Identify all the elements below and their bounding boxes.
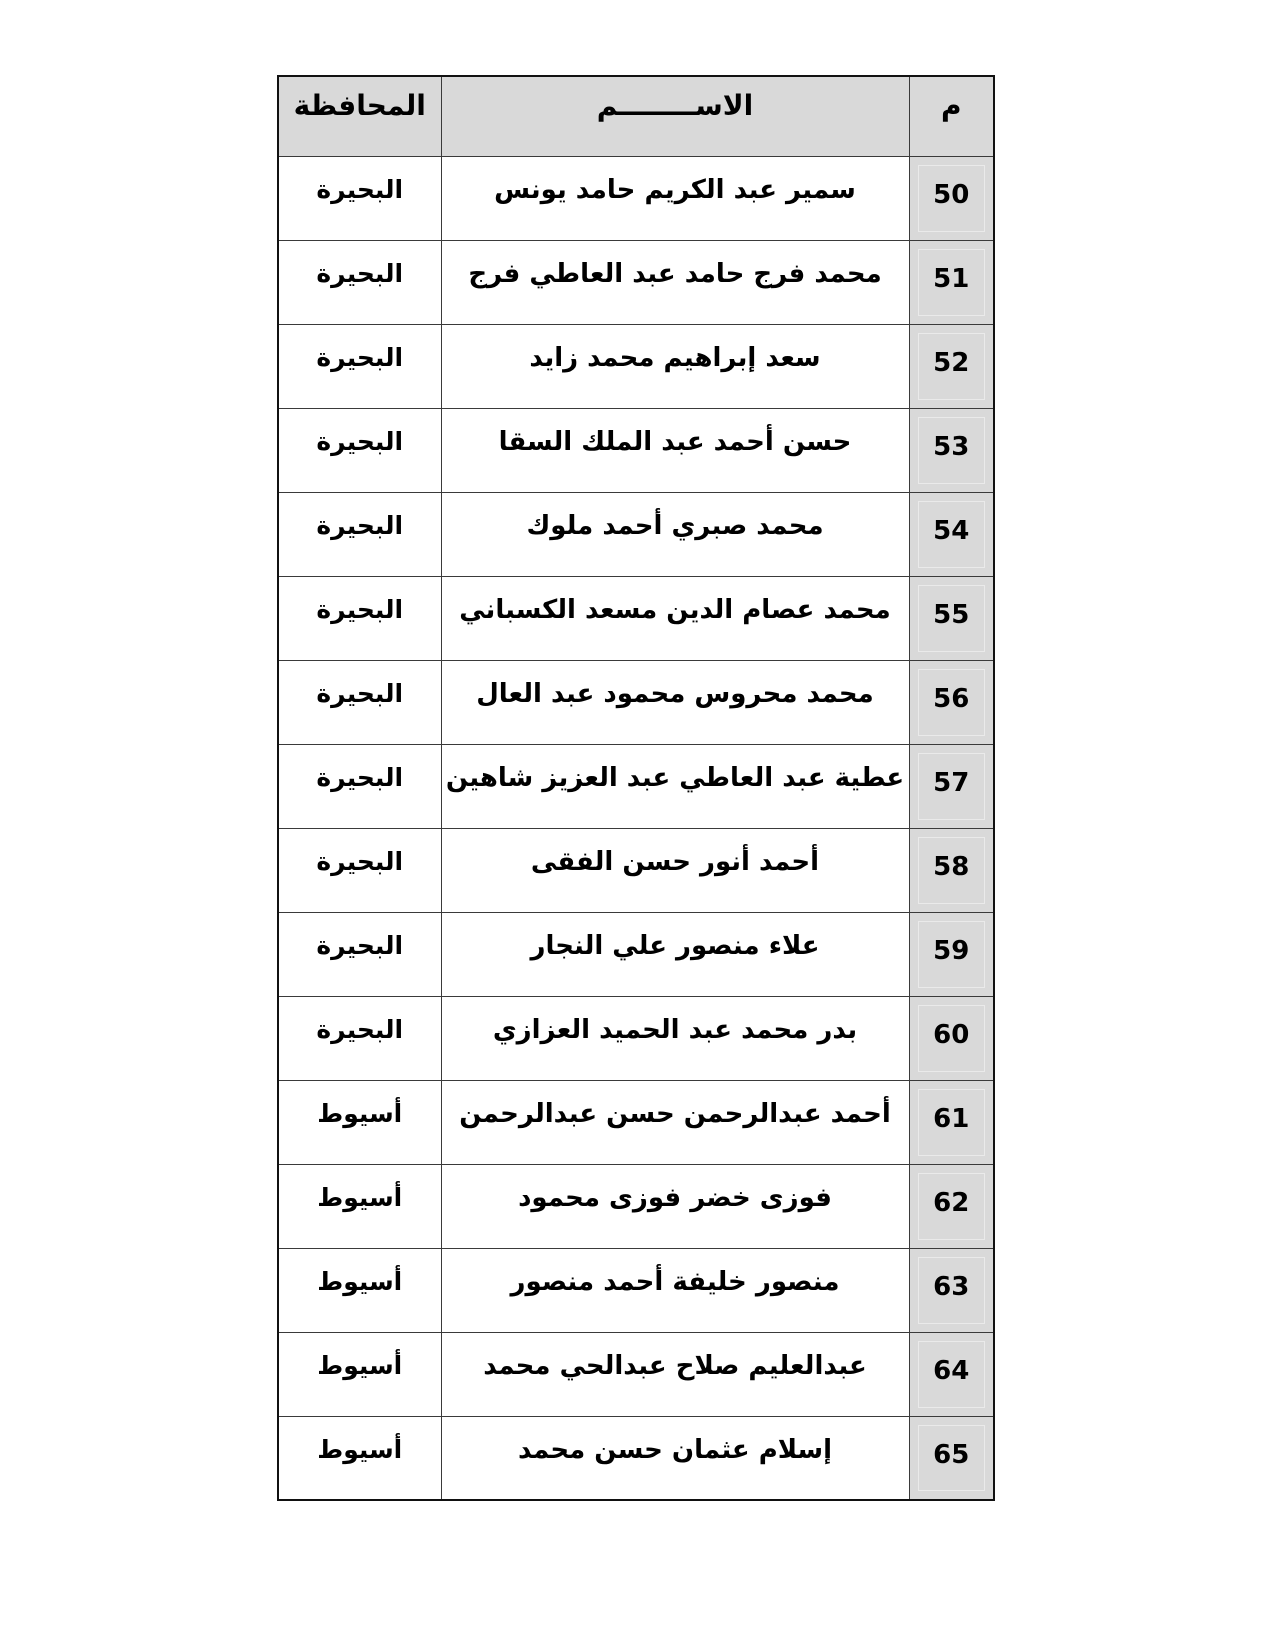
row-name-cell: محمد صبري أحمد ملوك: [441, 492, 909, 576]
row-governorate-cell: البحيرة: [278, 744, 441, 828]
row-governorate-cell: البحيرة: [278, 408, 441, 492]
row-governorate-cell: البحيرة: [278, 828, 441, 912]
header-cell-number: م: [909, 76, 994, 156]
row-name-cell: محمد فرج حامد عبد العاطي فرج: [441, 240, 909, 324]
row-name-cell: إسلام عثمان حسن محمد: [441, 1416, 909, 1500]
row-governorate-cell: البحيرة: [278, 492, 441, 576]
table-row: 61 أحمد عبدالرحمن حسن عبدالرحمن أسيوط: [278, 1080, 994, 1164]
table-row: 50 سمير عبد الكريم حامد يونس البحيرة: [278, 156, 994, 240]
row-number-cell: 51: [909, 240, 994, 324]
row-number-cell: 64: [909, 1332, 994, 1416]
table-row: 65 إسلام عثمان حسن محمد أسيوط: [278, 1416, 994, 1500]
table-row: 51 محمد فرج حامد عبد العاطي فرج البحيرة: [278, 240, 994, 324]
row-name-cell: منصور خليفة أحمد منصور: [441, 1248, 909, 1332]
row-governorate-cell: البحيرة: [278, 912, 441, 996]
roster-table: م الاســــــــم المحافظة 50 سمير عبد الك…: [277, 75, 995, 1501]
row-name-cell: سعد إبراهيم محمد زايد: [441, 324, 909, 408]
row-name-cell: عطية عبد العاطي عبد العزيز شاهين: [441, 744, 909, 828]
row-governorate-cell: البحيرة: [278, 996, 441, 1080]
header-cell-governorate: المحافظة: [278, 76, 441, 156]
table-row: 59 علاء منصور علي النجار البحيرة: [278, 912, 994, 996]
row-name-cell: محمد محروس محمود عبد العال: [441, 660, 909, 744]
row-number-cell: 52: [909, 324, 994, 408]
row-name-cell: سمير عبد الكريم حامد يونس: [441, 156, 909, 240]
row-number-cell: 57: [909, 744, 994, 828]
row-number-cell: 53: [909, 408, 994, 492]
row-governorate-cell: أسيوط: [278, 1248, 441, 1332]
row-number-cell: 50: [909, 156, 994, 240]
row-number-cell: 58: [909, 828, 994, 912]
row-name-cell: علاء منصور علي النجار: [441, 912, 909, 996]
row-governorate-cell: أسيوط: [278, 1332, 441, 1416]
row-number-cell: 63: [909, 1248, 994, 1332]
table-row: 63 منصور خليفة أحمد منصور أسيوط: [278, 1248, 994, 1332]
row-name-cell: محمد عصام الدين مسعد الكسباني: [441, 576, 909, 660]
row-governorate-cell: البحيرة: [278, 240, 441, 324]
row-name-cell: فوزى خضر فوزى محمود: [441, 1164, 909, 1248]
row-governorate-cell: البحيرة: [278, 660, 441, 744]
row-governorate-cell: أسيوط: [278, 1080, 441, 1164]
table-row: 60 بدر محمد عبد الحميد العزازي البحيرة: [278, 996, 994, 1080]
document-page: م الاســــــــم المحافظة 50 سمير عبد الك…: [0, 0, 1275, 1650]
row-governorate-cell: أسيوط: [278, 1416, 441, 1500]
table-row: 54 محمد صبري أحمد ملوك البحيرة: [278, 492, 994, 576]
row-governorate-cell: البحيرة: [278, 576, 441, 660]
table-body: 50 سمير عبد الكريم حامد يونس البحيرة 51 …: [278, 156, 994, 1500]
row-number-cell: 54: [909, 492, 994, 576]
table-row: 55 محمد عصام الدين مسعد الكسباني البحيرة: [278, 576, 994, 660]
row-number-cell: 56: [909, 660, 994, 744]
table-row: 53 حسن أحمد عبد الملك السقا البحيرة: [278, 408, 994, 492]
row-governorate-cell: البحيرة: [278, 156, 441, 240]
table-row: 64 عبدالعليم صلاح عبدالحي محمد أسيوط: [278, 1332, 994, 1416]
header-row: م الاســــــــم المحافظة: [278, 76, 994, 156]
table-row: 62 فوزى خضر فوزى محمود أسيوط: [278, 1164, 994, 1248]
table-row: 58 أحمد أنور حسن الفقى البحيرة: [278, 828, 994, 912]
row-number-cell: 61: [909, 1080, 994, 1164]
table-row: 57 عطية عبد العاطي عبد العزيز شاهين البح…: [278, 744, 994, 828]
header-cell-name: الاســــــــم: [441, 76, 909, 156]
row-number-cell: 55: [909, 576, 994, 660]
row-number-cell: 60: [909, 996, 994, 1080]
row-governorate-cell: البحيرة: [278, 324, 441, 408]
row-number-cell: 62: [909, 1164, 994, 1248]
row-number-cell: 65: [909, 1416, 994, 1500]
row-name-cell: أحمد أنور حسن الفقى: [441, 828, 909, 912]
table-row: 52 سعد إبراهيم محمد زايد البحيرة: [278, 324, 994, 408]
row-name-cell: أحمد عبدالرحمن حسن عبدالرحمن: [441, 1080, 909, 1164]
row-governorate-cell: أسيوط: [278, 1164, 441, 1248]
table-row: 56 محمد محروس محمود عبد العال البحيرة: [278, 660, 994, 744]
row-name-cell: بدر محمد عبد الحميد العزازي: [441, 996, 909, 1080]
row-name-cell: عبدالعليم صلاح عبدالحي محمد: [441, 1332, 909, 1416]
row-name-cell: حسن أحمد عبد الملك السقا: [441, 408, 909, 492]
row-number-cell: 59: [909, 912, 994, 996]
